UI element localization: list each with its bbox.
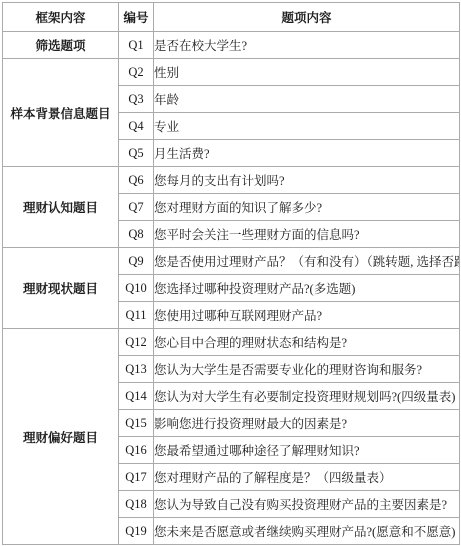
table-row: 筛选题项Q1是否在校大学生? bbox=[3, 32, 460, 59]
question-text: 性别 bbox=[154, 59, 460, 86]
header-row: 框架内容 编号 题项内容 bbox=[3, 3, 460, 32]
header-question-content: 题项内容 bbox=[154, 3, 460, 32]
question-text: 您心目中合理的理财状态和结构是? bbox=[154, 329, 460, 356]
question-number: Q4 bbox=[119, 113, 154, 140]
question-text: 是否在校大学生? bbox=[154, 32, 460, 59]
question-text: 您认为大学生是否需要专业化的理财咨询和服务? bbox=[154, 356, 460, 383]
table-row: 理财现状题目Q9您是否使用过理财产品？（有和没有）（跳转题, 选择否跳到Q12） bbox=[3, 248, 460, 275]
question-number: Q3 bbox=[119, 86, 154, 113]
framework-group-label: 理财认知题目 bbox=[3, 167, 119, 248]
question-number: Q19 bbox=[119, 518, 154, 545]
question-text: 影响您进行投资理财最大的因素是? bbox=[154, 410, 460, 437]
framework-group-label: 理财偏好题目 bbox=[3, 329, 119, 545]
header-framework-content: 框架内容 bbox=[3, 3, 119, 32]
question-text: 您认为导致自己没有购买投资理财产品的主要因素是? bbox=[154, 491, 460, 518]
question-text: 月生活费? bbox=[154, 140, 460, 167]
question-number: Q10 bbox=[119, 275, 154, 302]
table-row: 理财认知题目Q6您每月的支出有计划吗? bbox=[3, 167, 460, 194]
framework-group-label: 样本背景信息题目 bbox=[3, 59, 119, 167]
question-text: 您选择过哪种投资理财产品?(多选题) bbox=[154, 275, 460, 302]
question-number: Q8 bbox=[119, 221, 154, 248]
question-number: Q5 bbox=[119, 140, 154, 167]
question-text: 您认为对大学生有必要制定投资理财规划吗?(四级量表) bbox=[154, 383, 460, 410]
framework-group-label: 理财现状题目 bbox=[3, 248, 119, 329]
question-text: 您平时会关注一些理财方面的信息吗? bbox=[154, 221, 460, 248]
header-question-number: 编号 bbox=[119, 3, 154, 32]
question-text: 您每月的支出有计划吗? bbox=[154, 167, 460, 194]
question-number: Q15 bbox=[119, 410, 154, 437]
question-number: Q11 bbox=[119, 302, 154, 329]
question-text: 您是否使用过理财产品？（有和没有）（跳转题, 选择否跳到Q12） bbox=[154, 248, 460, 275]
questionnaire-framework-table: 框架内容 编号 题项内容 筛选题项Q1是否在校大学生?样本背景信息题目Q2性别Q… bbox=[2, 2, 460, 545]
framework-group-label: 筛选题项 bbox=[3, 32, 119, 59]
question-number: Q18 bbox=[119, 491, 154, 518]
question-number: Q6 bbox=[119, 167, 154, 194]
question-text: 您使用过哪种互联网理财产品? bbox=[154, 302, 460, 329]
question-number: Q16 bbox=[119, 437, 154, 464]
question-text: 您对理财方面的知识了解多少? bbox=[154, 194, 460, 221]
question-text: 您对理财产品的了解程度是？（四级量表） bbox=[154, 464, 460, 491]
question-number: Q17 bbox=[119, 464, 154, 491]
table-row: 理财偏好题目Q12您心目中合理的理财状态和结构是? bbox=[3, 329, 460, 356]
question-text: 年龄 bbox=[154, 86, 460, 113]
question-number: Q9 bbox=[119, 248, 154, 275]
question-text: 您未来是否愿意或者继续购买理财产品?(愿意和不愿意) bbox=[154, 518, 460, 545]
question-number: Q2 bbox=[119, 59, 154, 86]
questionnaire-framework-table-container: 框架内容 编号 题项内容 筛选题项Q1是否在校大学生?样本背景信息题目Q2性别Q… bbox=[0, 0, 461, 546]
question-number: Q7 bbox=[119, 194, 154, 221]
question-number: Q1 bbox=[119, 32, 154, 59]
question-number: Q14 bbox=[119, 383, 154, 410]
question-number: Q13 bbox=[119, 356, 154, 383]
question-number: Q12 bbox=[119, 329, 154, 356]
table-header: 框架内容 编号 题项内容 bbox=[3, 3, 460, 32]
table-row: 样本背景信息题目Q2性别 bbox=[3, 59, 460, 86]
question-text: 您最希望通过哪种途径了解理财知识? bbox=[154, 437, 460, 464]
question-table-body: 筛选题项Q1是否在校大学生?样本背景信息题目Q2性别Q3年龄Q4专业Q5月生活费… bbox=[3, 32, 460, 545]
question-text: 专业 bbox=[154, 113, 460, 140]
